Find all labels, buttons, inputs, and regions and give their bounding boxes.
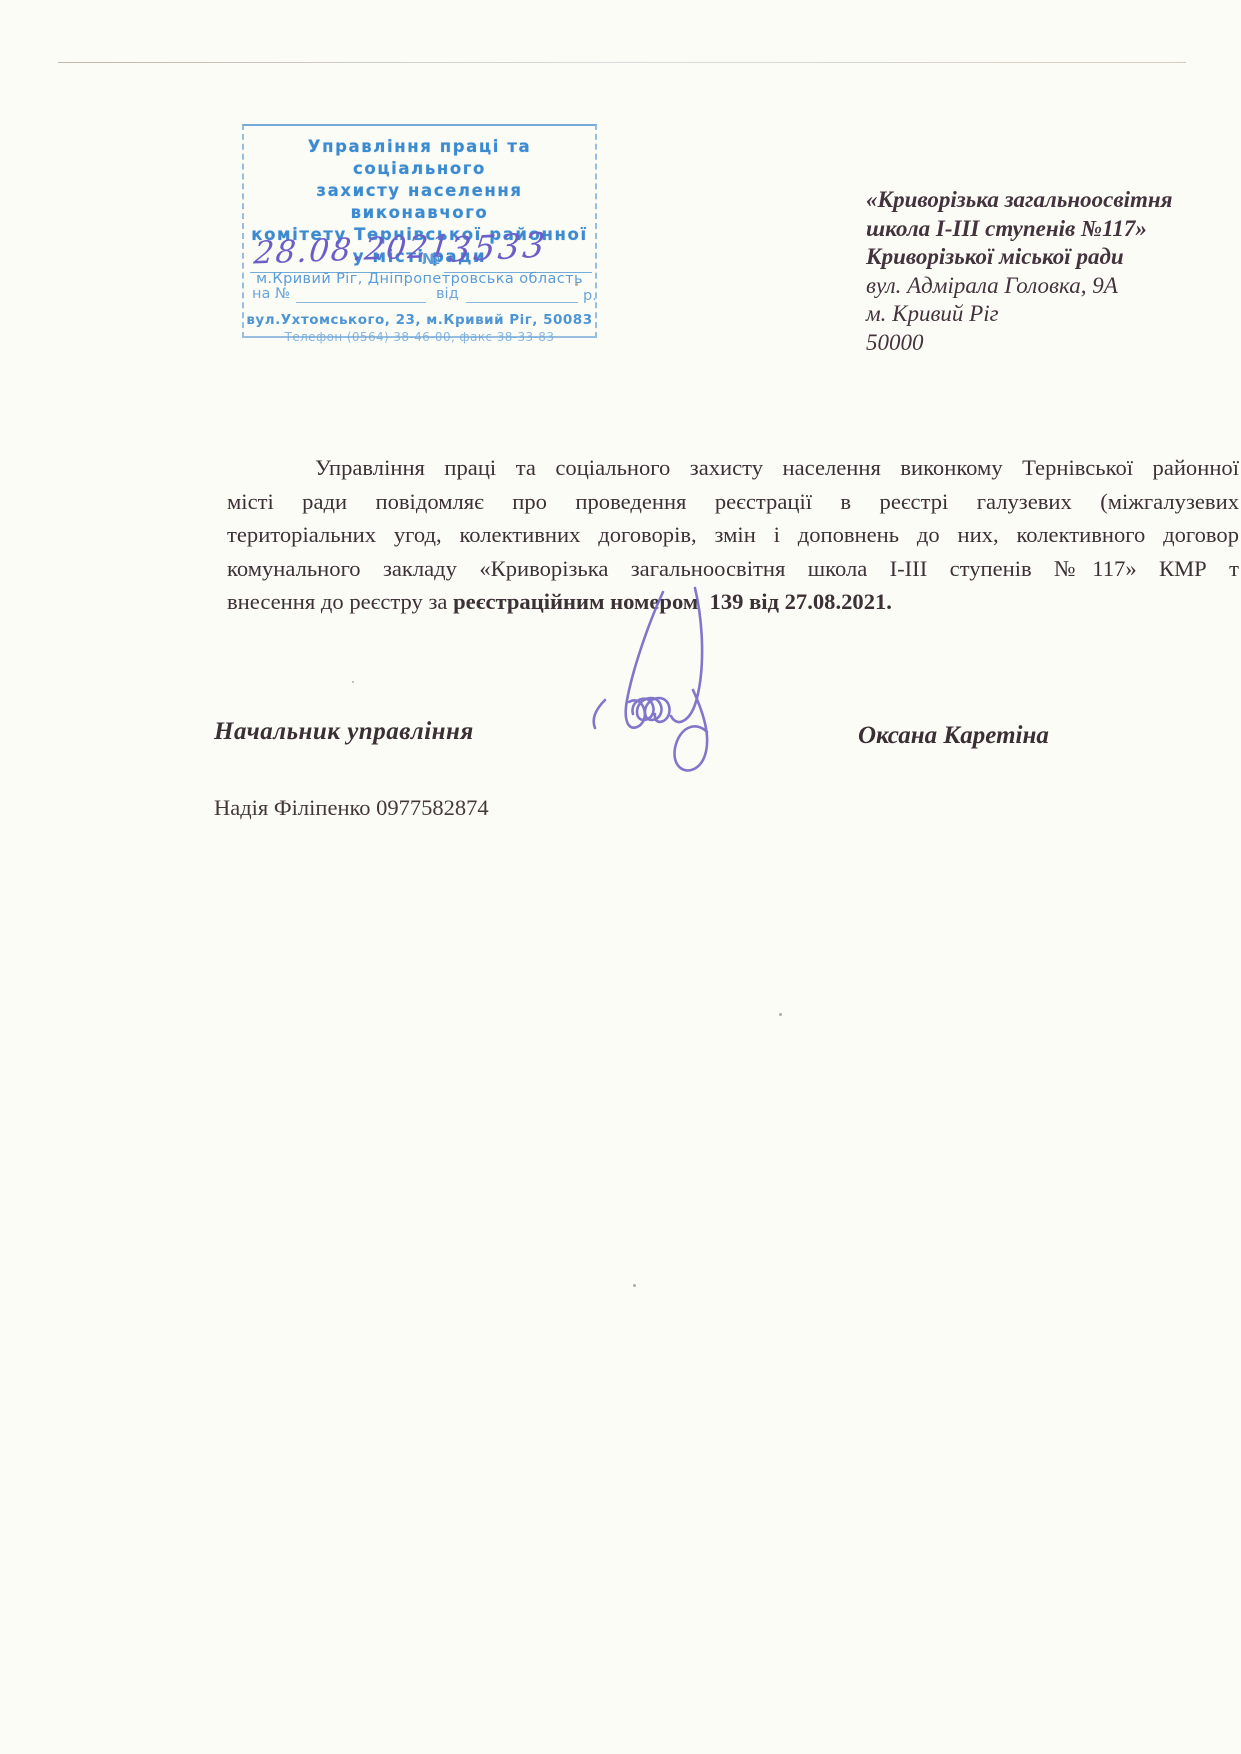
contact-person: Надія Філіпенко 0977582874	[214, 795, 489, 821]
scan-speck	[633, 1284, 636, 1287]
body-line-normal: внесення до реєстру за	[227, 589, 453, 614]
body-line: територіальних угод, колективних договор…	[227, 518, 1239, 552]
scan-speck	[575, 283, 578, 286]
number-sign: №	[422, 250, 440, 268]
recipient-line: вул. Адмірала Головка, 9А	[866, 272, 1241, 301]
stamp-reference-row: на № від р.	[244, 284, 595, 306]
recipient-line: школа І-ІІІ ступенів №117»	[866, 215, 1241, 244]
recipient-line: 50000	[866, 329, 1241, 358]
body-line: комунального закладу «Криворізька загаль…	[227, 552, 1239, 586]
ref-middle: від	[436, 286, 459, 302]
office-stamp: Управління праці та соціального захисту …	[242, 124, 597, 338]
recipient-block: «Криворізька загальноосвітня школа І-ІІІ…	[866, 186, 1241, 357]
number-underline	[444, 272, 592, 273]
stamp-org-line: захисту населення виконавчого	[244, 180, 595, 224]
scan-speck	[352, 681, 354, 683]
stamp-phone: Телефон (0564) 38-46-00, факс 38-33-83	[244, 330, 595, 344]
scan-speck	[779, 1013, 782, 1016]
stamp-address: вул.Ухтомського, 23, м.Кривий Ріг, 50083	[244, 312, 595, 328]
stamp-handwritten-row: 28.08.2021 № 3533	[244, 232, 595, 278]
signer-title: Начальник управління	[214, 718, 474, 746]
ref-suffix: р.	[583, 288, 597, 304]
ref-prefix: на №	[252, 286, 290, 302]
handwritten-signature	[575, 582, 755, 782]
handwritten-number: 3533	[447, 225, 550, 270]
signer-name: Оксана Каретіна	[858, 722, 1049, 750]
body-line: Управління праці та соціального захисту …	[227, 451, 1239, 485]
recipient-line: Криворізької міської ради	[866, 243, 1241, 272]
body-line: місті ради повідомляє про проведення реє…	[227, 485, 1239, 519]
recipient-line: «Криворізька загальноосвітня	[866, 186, 1241, 215]
date-underline	[250, 272, 410, 273]
scanned-letter-page: { "stamp": { "org_lines": [ "Управління …	[0, 0, 1241, 1754]
scan-artifact-line	[58, 62, 1186, 63]
stamp-org-line: Управління праці та соціального	[244, 136, 595, 180]
ref-underline-1	[296, 302, 426, 303]
recipient-line: м. Кривий Ріг	[866, 300, 1241, 329]
ref-underline-2	[466, 302, 578, 303]
